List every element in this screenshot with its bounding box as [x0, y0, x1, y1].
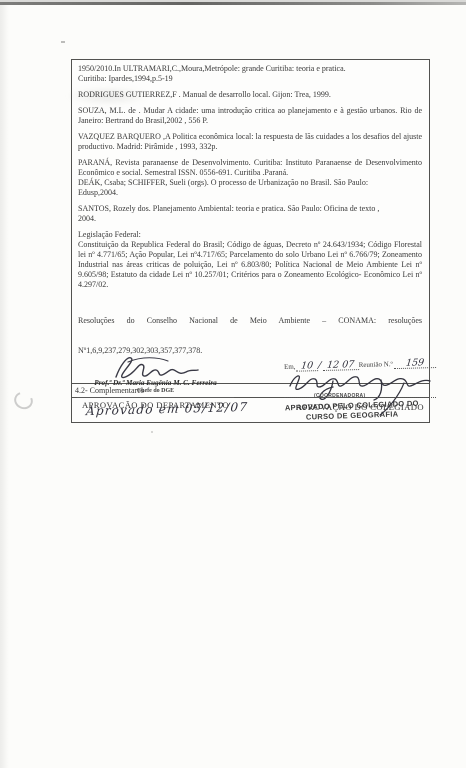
scan-dot	[151, 431, 153, 433]
handwritten-meeting-number: 159	[394, 358, 436, 369]
reference-item: Legislação Federal: Constituição da Repu…	[78, 230, 422, 290]
reference-item: 1950/2010.In ULTRAMARI,C.,Moura,Metrópol…	[78, 64, 422, 84]
department-head-role-stamp: Chefe do DGE	[77, 388, 234, 394]
scan-dot	[61, 41, 65, 43]
reference-item: DEÁK, Csaba; SCHIFFER, Sueli (orgs). O p…	[78, 178, 422, 198]
resolucoes-line: Resoluções do Conselho Nacional de Meio …	[78, 316, 422, 326]
department-approval-block: Prof.ª Dr.ª Maria Eugênia M. C. Ferreira…	[77, 354, 234, 410]
scanner-edge-line	[0, 2, 466, 5]
reference-item: PARANÁ, Revista paranaense de Desenvolvi…	[78, 158, 422, 178]
colegiado-approval-caption: APROVAÇÃO DO COLEGIADO	[284, 400, 436, 412]
references-box: 1950/2010.In ULTRAMARI,C.,Moura,Metrópol…	[71, 59, 430, 384]
department-approval-caption: APROVAÇÃO DO DEPARTAMENTO	[77, 398, 234, 410]
handwritten-day: 10	[296, 361, 318, 372]
coordinator-role-label: (COORDENADORA)	[314, 393, 365, 399]
reference-item: RODRIGUES GUTIERREZ,F . Manual de desarr…	[78, 90, 422, 100]
scanned-document-page: 1950/2010.In ULTRAMARI,C.,Moura,Metrópol…	[0, 0, 466, 768]
reference-item: SOUZA, M.L. de . Mudar A cidade: uma int…	[78, 106, 422, 126]
em-label: Em,	[284, 363, 297, 372]
department-signature	[108, 354, 204, 382]
reference-item: SANTOS, Rozely dos. Planejamento Ambient…	[78, 204, 422, 224]
meeting-number-label: Reunião N.º	[359, 360, 394, 370]
scan-mark-circle	[11, 389, 35, 412]
meeting-date-line: Em, 10 / 12 07 Reunião N.º 159	[284, 358, 438, 372]
department-head-name-stamp: Prof.ª Dr.ª Maria Eugênia M. C. Ferreira	[77, 379, 234, 387]
colegiado-approval-block: Em, 10 / 12 07 Reunião N.º 159 (COORDENA…	[284, 360, 438, 370]
reference-item: VAZQUEZ BARQUERO ,A Politica econômica l…	[78, 132, 422, 152]
handwritten-month-year: 12 07	[323, 360, 359, 371]
